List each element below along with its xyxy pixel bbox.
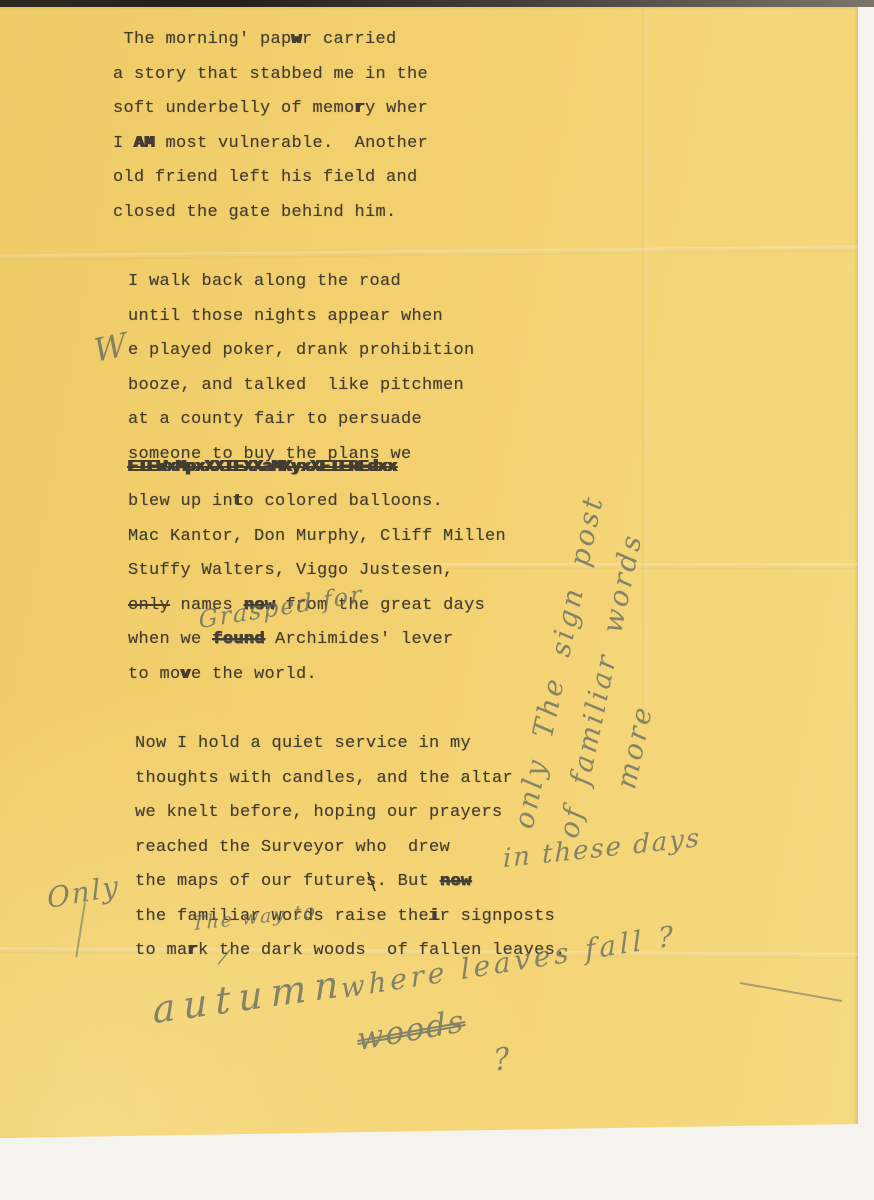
handwriting-annotation: W xyxy=(92,325,130,370)
pencil-stroke xyxy=(740,982,843,1002)
scanned-document: The morning' papwr carrieda story that s… xyxy=(0,0,874,1200)
handwriting-annotation: / xyxy=(218,944,233,969)
handwriting-annotation: woods xyxy=(356,1003,466,1058)
handwriting-annotation: ? xyxy=(492,1040,513,1079)
handwriting-annotation: The way to xyxy=(192,900,317,935)
handwritten-annotations: WGrasped forin these daysOnlyThe way to/… xyxy=(0,0,874,1200)
handwriting-annotation: where leaves fall ? xyxy=(340,919,678,1005)
handwriting-annotation: Grasped for xyxy=(198,580,364,634)
handwriting-annotation: in these days xyxy=(503,823,701,874)
scan-top-edge xyxy=(0,0,874,7)
handwriting-annotation: autumn xyxy=(152,961,347,1032)
pencil-stroke xyxy=(75,902,86,958)
